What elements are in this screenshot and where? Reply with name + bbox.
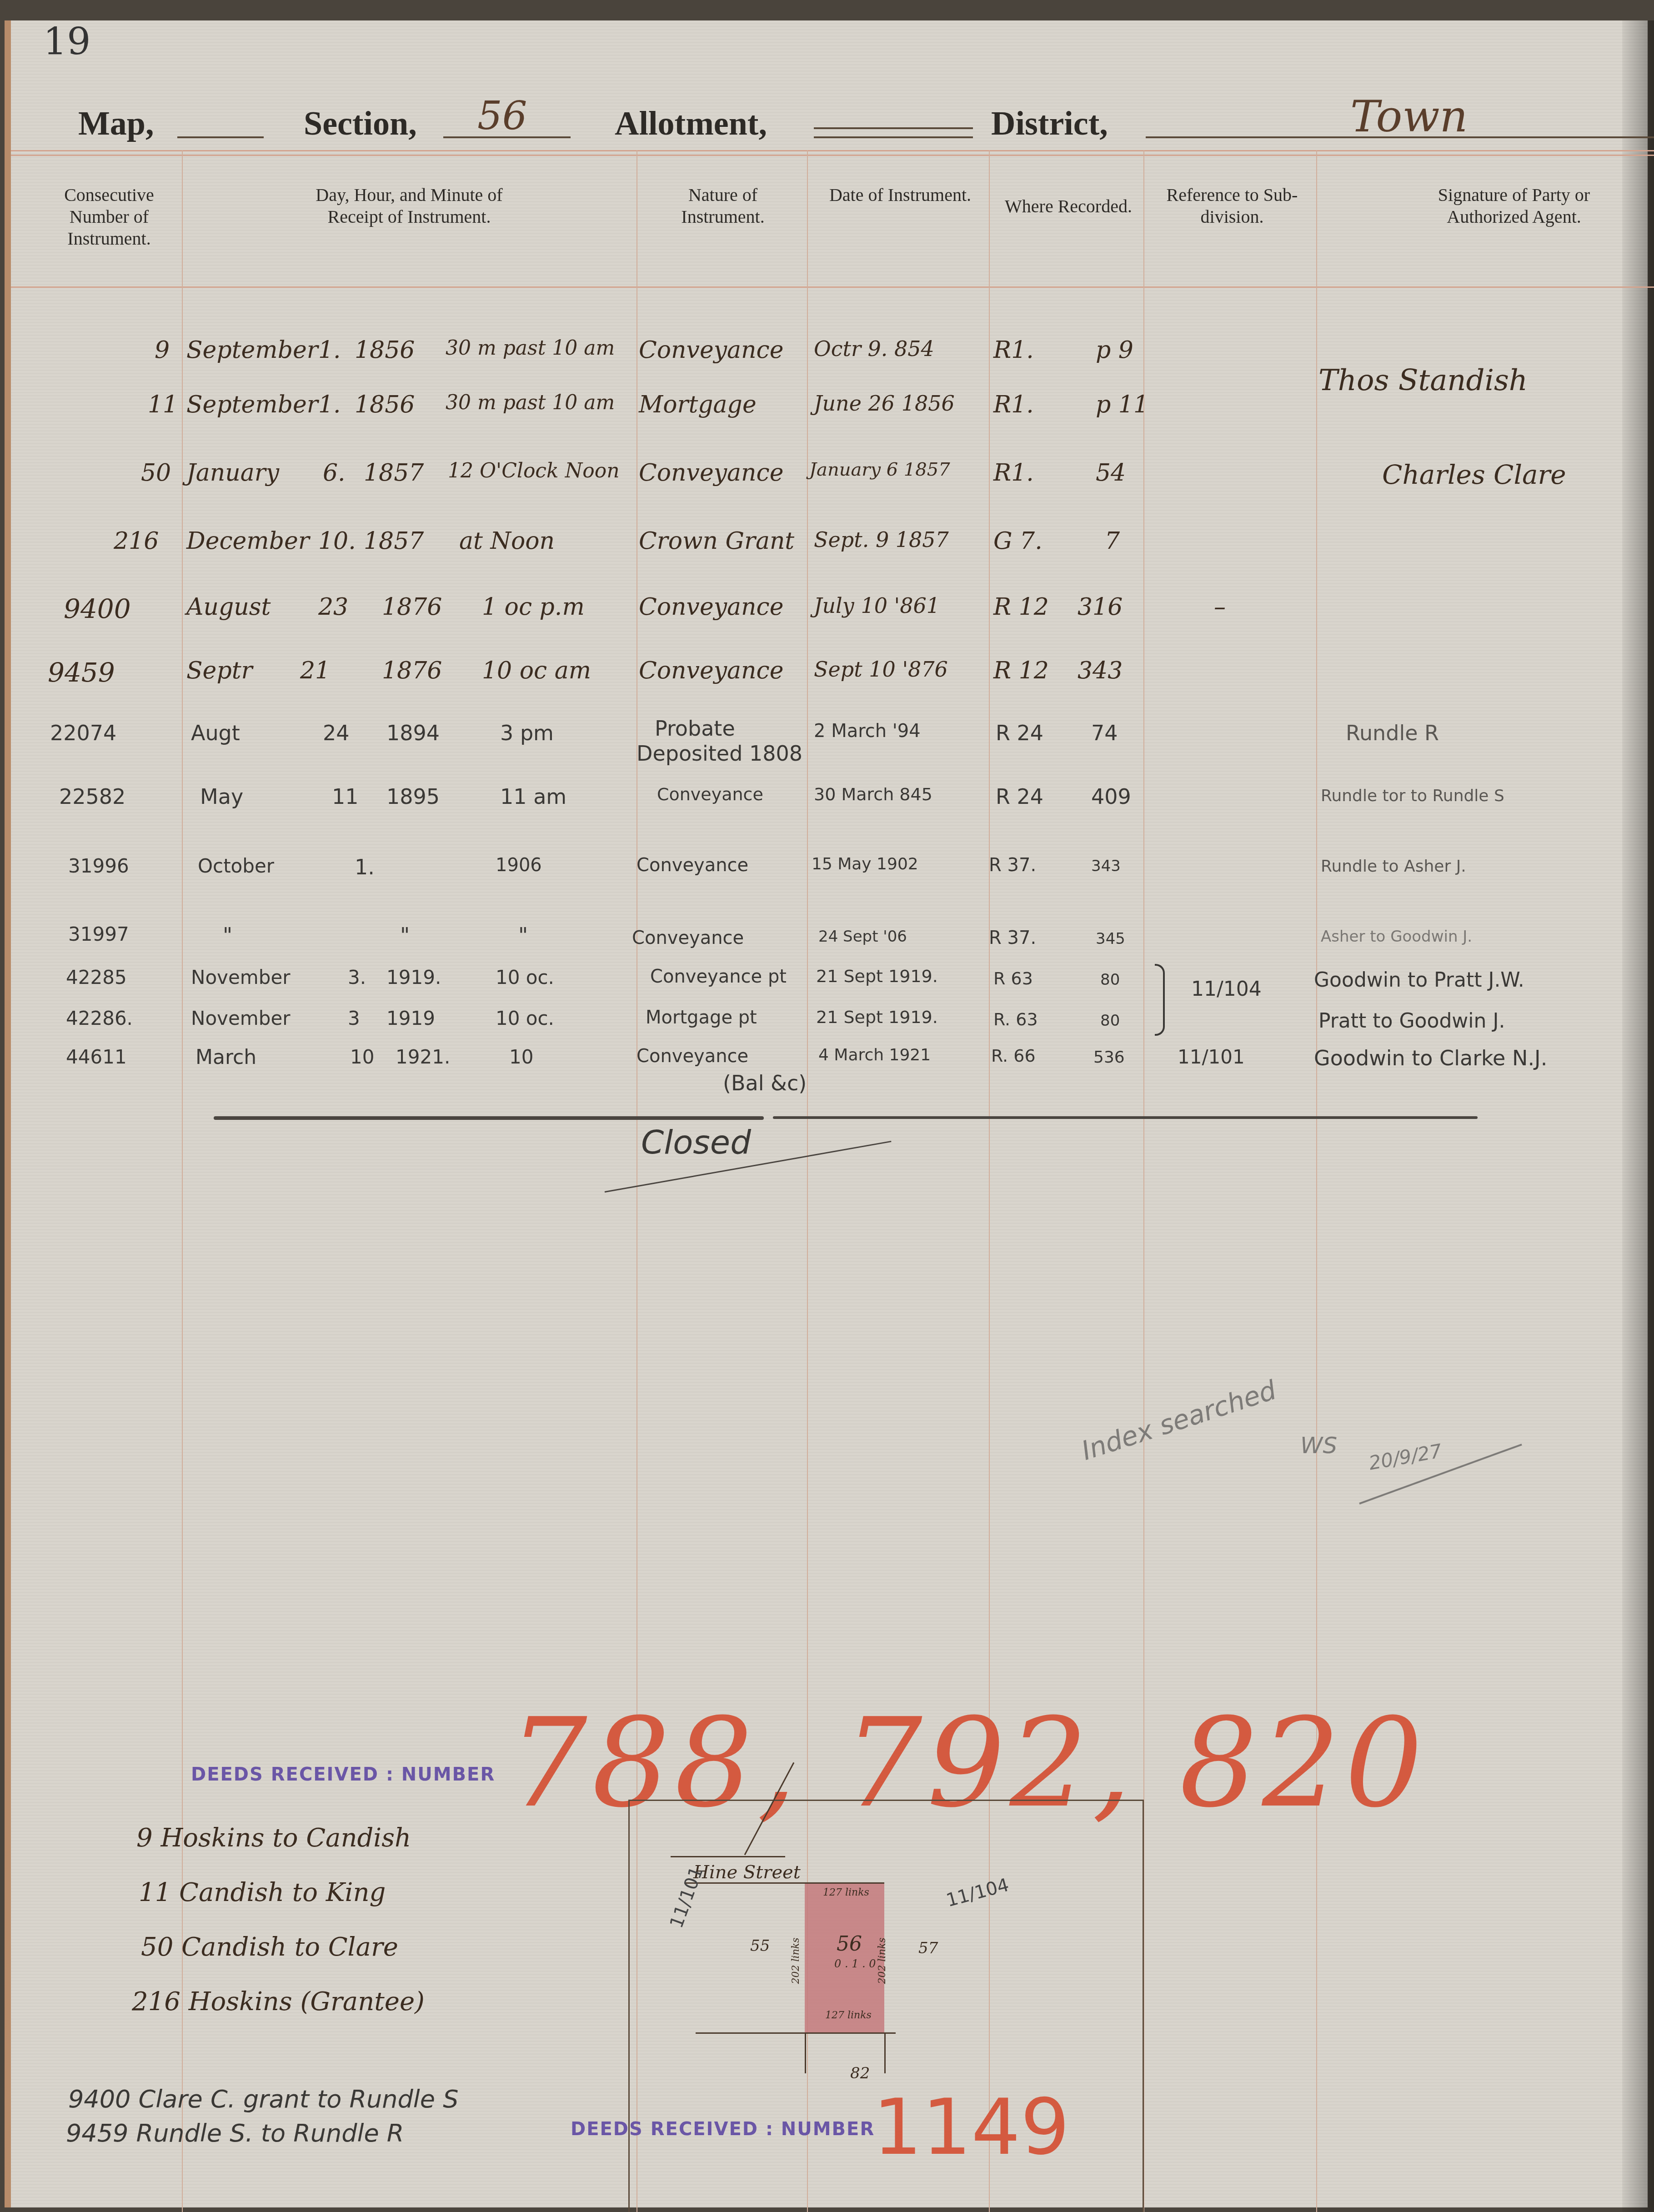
deed-num: 9400 xyxy=(68,2085,130,2113)
row-number: 42285 xyxy=(66,966,127,988)
row-nature: Conveyance xyxy=(639,336,784,364)
row-number: 9 xyxy=(155,336,170,364)
row-time: 10 oc am xyxy=(482,657,591,684)
row-time: 10 oc. xyxy=(496,966,554,988)
row-nature: Mortgage xyxy=(639,391,757,418)
street-line-top xyxy=(671,1856,785,1857)
row-page: 74 xyxy=(1091,721,1118,745)
allotment-dash xyxy=(814,127,973,129)
row-month: September xyxy=(186,336,318,364)
row-book: R1. xyxy=(993,336,1034,364)
row-day: 1. xyxy=(318,336,341,364)
col-divider xyxy=(1316,150,1317,2212)
deed-num: 9459 xyxy=(66,2119,128,2147)
row-number: 11 xyxy=(148,391,178,418)
row-signature: Rundle to Asher J. xyxy=(1321,857,1466,876)
row-year: 1856 xyxy=(355,391,415,418)
row-time: 12 O'Clock Noon xyxy=(448,459,619,482)
row-number: 22074 xyxy=(50,721,116,745)
row-year: 1921. xyxy=(396,1046,450,1068)
header-rule-2 xyxy=(11,155,1654,156)
row-page: p 11 xyxy=(1096,391,1148,418)
deed-text: Hoskins to Candish xyxy=(160,1823,411,1853)
row-reference: 11/104 xyxy=(1191,978,1262,1001)
row-date: 24 Sept '06 xyxy=(818,928,907,946)
row-time: 3 pm xyxy=(500,721,554,745)
row-day: " xyxy=(400,923,410,948)
row-number: 44611 xyxy=(66,1046,127,1068)
col-header-receipt: Day, Hour, and Minute of Receipt of Inst… xyxy=(291,184,527,228)
row-signature: Rundle R xyxy=(1346,721,1439,745)
row-date: 4 March 1921 xyxy=(818,1046,931,1064)
row-number: 42286. xyxy=(66,1007,133,1029)
row-year: 1895 xyxy=(386,784,440,809)
closed-note: Closed xyxy=(641,1123,751,1161)
row-month: Septr xyxy=(186,657,252,684)
row-book: R 37. xyxy=(989,928,1036,948)
row-signature: Goodwin to Clarke N.J. xyxy=(1314,1046,1547,1070)
row-page: 409 xyxy=(1091,784,1131,809)
row-date: Sept 10 '876 xyxy=(814,657,948,682)
row-nature: Conveyance xyxy=(637,855,748,876)
row-book: R1. xyxy=(993,459,1034,487)
deed-num: 9 xyxy=(136,1823,153,1853)
deed-text: Clare C. grant to Rundle S xyxy=(139,2085,459,2113)
row-day: 6. xyxy=(323,459,346,487)
row-page: 343 xyxy=(1091,857,1121,875)
side-left-dimension: 202 links xyxy=(790,1938,802,1984)
rear-line-left xyxy=(805,2032,806,2073)
row-month: " xyxy=(223,923,232,948)
section-label: Section, xyxy=(304,105,417,143)
row-time: at Noon xyxy=(459,527,555,555)
row-nature: Conveyance xyxy=(632,928,744,948)
row-day: 1. xyxy=(355,855,375,879)
row-page: 80 xyxy=(1100,1012,1120,1030)
lot-55-label: 55 xyxy=(750,1937,770,1955)
row-book: R 24 xyxy=(996,784,1043,809)
deed-num: 50 xyxy=(141,1932,173,1962)
row-nature: Conveyance xyxy=(639,657,784,684)
row-date: July 10 '861 xyxy=(814,593,940,618)
column-header-rule xyxy=(11,286,1654,288)
col-header-nature: Nature of Instrument. xyxy=(655,184,791,228)
col-header-signature: Signature of Party or Authorized Agent. xyxy=(1400,184,1628,228)
pencil-note-initials: WS xyxy=(1300,1432,1337,1459)
row-number: 22582 xyxy=(59,784,125,809)
col-header-reference: Reference to Sub-division. xyxy=(1155,184,1309,228)
row-day: 10 xyxy=(350,1046,374,1068)
row-book: R 63 xyxy=(993,968,1033,988)
lot-bottom-line xyxy=(696,2032,896,2034)
row-month: October xyxy=(198,855,274,877)
lot-number: 56 xyxy=(837,1932,862,1956)
closing-double-line xyxy=(214,1116,764,1120)
allotment-label: Allotment, xyxy=(615,105,767,143)
row-day: 23 xyxy=(318,593,348,621)
row-time: 10 xyxy=(509,1046,533,1068)
row-date: 15 May 1902 xyxy=(812,855,918,873)
row-nature: Conveyance xyxy=(637,1046,748,1067)
row-time: 10 oc. xyxy=(496,1007,554,1029)
map-underline xyxy=(177,136,264,138)
row-month: December xyxy=(186,527,310,555)
row-nature: Crown Grant xyxy=(639,527,794,555)
row-day: 10. xyxy=(318,527,356,555)
rear-line-right xyxy=(884,2032,886,2073)
row-nature: Conveyance xyxy=(639,459,784,487)
deed-num: 11 xyxy=(139,1878,171,1907)
row-date: 21 Sept 1919. xyxy=(816,1007,938,1027)
lot-area: 0 . 1 . 0 xyxy=(834,1957,876,1970)
row-book: R. 63 xyxy=(993,1009,1038,1029)
row-year: 1876 xyxy=(382,657,442,684)
row-date: 21 Sept 1919. xyxy=(816,966,938,986)
row-number: 216 xyxy=(114,527,159,555)
row-number: 9400 xyxy=(64,593,131,624)
row-year: 1906 xyxy=(496,855,542,876)
row-time: 11 am xyxy=(500,784,566,809)
row-day: 1. xyxy=(318,391,341,418)
rear-dimension: 127 links xyxy=(825,2010,872,2021)
row-year: 1919. xyxy=(386,966,441,988)
page-number: 19 xyxy=(43,20,90,64)
district-label: District, xyxy=(991,105,1108,143)
row-page: 7 xyxy=(1105,527,1120,555)
row-book: R 24 xyxy=(996,721,1043,745)
deed-num: 216 xyxy=(132,1987,180,2016)
row-book: R1. xyxy=(993,391,1034,418)
deed-text: Candish to King xyxy=(179,1878,386,1907)
lot-top-line xyxy=(684,1882,884,1884)
col-header-number: Consecutive Number of Instrument. xyxy=(41,184,177,250)
street-name: Hine Street xyxy=(693,1862,801,1883)
deeds-received-stamp: DEEDS RECEIVED : NUMBER xyxy=(191,1764,495,1785)
row-nature: Conveyance xyxy=(657,784,763,804)
row-page: 345 xyxy=(1096,930,1125,948)
deed-text: Hoskins (Grantee) xyxy=(189,1987,425,2016)
row-signature: Charles Clare xyxy=(1382,459,1566,490)
row-date: 2 March '94 xyxy=(814,721,921,742)
row-date: Sept. 9 1857 xyxy=(814,527,949,552)
row-number: 9459 xyxy=(48,657,115,688)
row-date: January 6 1857 xyxy=(809,459,950,480)
row-number: 50 xyxy=(141,459,171,487)
row-day: 21 xyxy=(300,657,330,684)
row-day: 3. xyxy=(348,966,366,988)
row-nature: Conveyance pt xyxy=(650,966,787,987)
row-bracket xyxy=(1155,964,1165,1036)
row-day: 3 xyxy=(348,1007,360,1029)
row-time: 30 m past 10 am xyxy=(446,336,615,360)
row-month: May xyxy=(200,784,243,809)
row-page: 316 xyxy=(1078,593,1123,621)
col-header-where: Where Recorded. xyxy=(1000,196,1137,217)
row-signature: Goodwin to Pratt J.W. xyxy=(1314,968,1524,992)
row-book: R 12 xyxy=(993,593,1049,621)
row-page: 343 xyxy=(1078,657,1123,684)
row-page: 80 xyxy=(1100,971,1120,989)
row-page: 536 xyxy=(1093,1048,1125,1067)
row-month: January xyxy=(186,459,279,487)
section-value: 56 xyxy=(477,93,527,139)
row-month: November xyxy=(191,1007,291,1029)
row-book: G 7. xyxy=(993,527,1043,555)
row-signature: Asher to Goodwin J. xyxy=(1321,928,1472,946)
lot-57-label: 57 xyxy=(918,1939,938,1957)
row-signature: Rundle tor to Rundle S xyxy=(1321,787,1504,805)
row-signature: Thos Standish xyxy=(1318,364,1528,397)
row-time: 30 m past 10 am xyxy=(446,391,615,414)
row-year: 1856 xyxy=(355,336,415,364)
row-day: 24 xyxy=(323,721,350,745)
row-nature-note: (Bal &c) xyxy=(723,1071,807,1095)
row-year: " xyxy=(518,923,528,948)
row-date: 30 March 845 xyxy=(814,784,932,804)
page-gutter-shadow xyxy=(1622,20,1654,2212)
row-number: 31996 xyxy=(68,855,129,877)
row-date: Octr 9. 854 xyxy=(814,336,934,361)
row-book: R 37. xyxy=(989,855,1036,876)
row-year: 1857 xyxy=(364,459,424,487)
map-label: Map, xyxy=(78,105,154,143)
row-nature-note: Deposited 1808 xyxy=(637,741,802,766)
row-nature: Probate xyxy=(655,716,735,741)
row-nature: Mortgage pt xyxy=(646,1007,757,1028)
closing-double-line-right xyxy=(773,1116,1478,1119)
row-year: 1919 xyxy=(386,1007,435,1029)
row-year: 1876 xyxy=(382,593,442,621)
deed-text: Candish to Clare xyxy=(181,1932,398,1962)
deed-text: Rundle S. to Rundle R xyxy=(136,2119,404,2147)
row-page: p 9 xyxy=(1096,336,1133,364)
row-date: June 26 1856 xyxy=(814,391,955,416)
lot-82-label: 82 xyxy=(850,2064,870,2082)
row-month: Augt xyxy=(191,721,240,745)
row-book: R. 66 xyxy=(991,1046,1036,1066)
row-day: 11 xyxy=(332,784,359,809)
row-month: August xyxy=(186,593,271,621)
row-year: 1894 xyxy=(386,721,440,745)
district-value: Town xyxy=(1350,91,1468,142)
row-reference: 11/101 xyxy=(1178,1046,1245,1068)
row-book: R 12 xyxy=(993,657,1049,684)
row-month: November xyxy=(191,966,291,988)
row-signature: Pratt to Goodwin J. xyxy=(1318,1009,1505,1033)
row-number: 31997 xyxy=(68,923,129,945)
row-month: March xyxy=(195,1046,256,1069)
header-rule xyxy=(11,150,1654,151)
row-page: 54 xyxy=(1096,459,1126,487)
row-time: 1 oc p.m xyxy=(482,593,585,621)
row-year: 1857 xyxy=(364,527,424,555)
allotment-underline xyxy=(814,136,973,138)
frontage: 127 links xyxy=(823,1887,869,1898)
row-nature: Conveyance xyxy=(639,593,784,621)
row-month: September xyxy=(186,391,318,418)
row-reference: – xyxy=(1214,593,1226,621)
side-right-dimension: 202 links xyxy=(877,1938,888,1984)
col-header-date: Date of Instrument. xyxy=(827,184,973,206)
